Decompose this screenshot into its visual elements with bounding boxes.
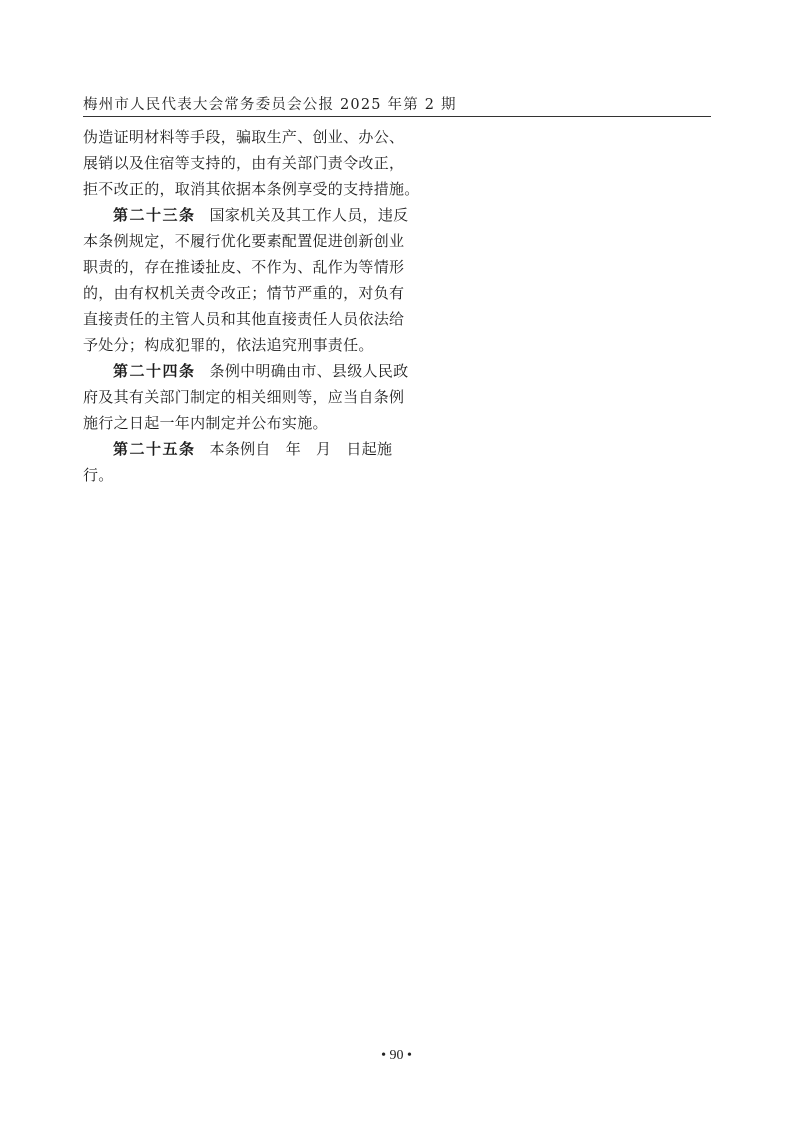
text-line: 的，由有权机关责令改正；情节严重的，对负有 [83,280,383,306]
gazette-title: 梅州市人民代表大会常务委员会公报 2025 年第 2 期 [83,96,457,114]
text-line: 第二十三条国家机关及其工作人员，违反 [83,202,383,228]
article-text: 年 [286,440,301,458]
article-text: 国家机关及其工作人员，违反 [210,206,409,224]
article-text: 月 [316,440,331,458]
article-text: 日起施 [346,440,392,458]
continuation-paragraph: 伪造证明材料等手段，骗取生产、创业、办公、 展销以及住宿等支持的，由有关部门责令… [83,124,383,202]
text-line: 府及其有关部门制定的相关细则等，应当自条例 [83,384,383,410]
text-line: 第二十五条本条例自年月日起施 [83,436,383,462]
text-line: 行。 [83,462,383,488]
article-number: 第二十三条 [113,206,196,224]
article-text: 条例中明确由市、县级人民政 [210,362,409,380]
article-number: 第二十四条 [113,362,196,380]
text-column: 伪造证明材料等手段，骗取生产、创业、办公、 展销以及住宿等支持的，由有关部门责令… [83,124,383,488]
text-line: 伪造证明材料等手段，骗取生产、创业、办公、 [83,124,383,150]
article-text: 本条例自 [210,440,271,458]
text-line: 本条例规定，不履行优化要素配置促进创新创业 [83,228,383,254]
page-header: 梅州市人民代表大会常务委员会公报 2025 年第 2 期 [83,96,711,117]
article-23: 第二十三条国家机关及其工作人员，违反 本条例规定，不履行优化要素配置促进创新创业… [83,202,383,358]
article-25: 第二十五条本条例自年月日起施 行。 [83,436,383,488]
text-line: 第二十四条条例中明确由市、县级人民政 [83,358,383,384]
text-line: 施行之日起一年内制定并公布实施。 [83,410,383,436]
page-number: • 90 • [0,1048,793,1064]
article-24: 第二十四条条例中明确由市、县级人民政 府及其有关部门制定的相关细则等，应当自条例… [83,358,383,436]
article-number: 第二十五条 [113,440,196,458]
text-line: 职责的，存在推诿扯皮、不作为、乱作为等情形 [83,254,383,280]
text-line: 拒不改正的，取消其依据本条例享受的支持措施。 [83,176,383,202]
text-line: 展销以及住宿等支持的，由有关部门责令改正， [83,150,383,176]
text-line: 直接责任的主管人员和其他直接责任人员依法给 [83,306,383,332]
text-line: 予处分；构成犯罪的，依法追究刑事责任。 [83,332,383,358]
